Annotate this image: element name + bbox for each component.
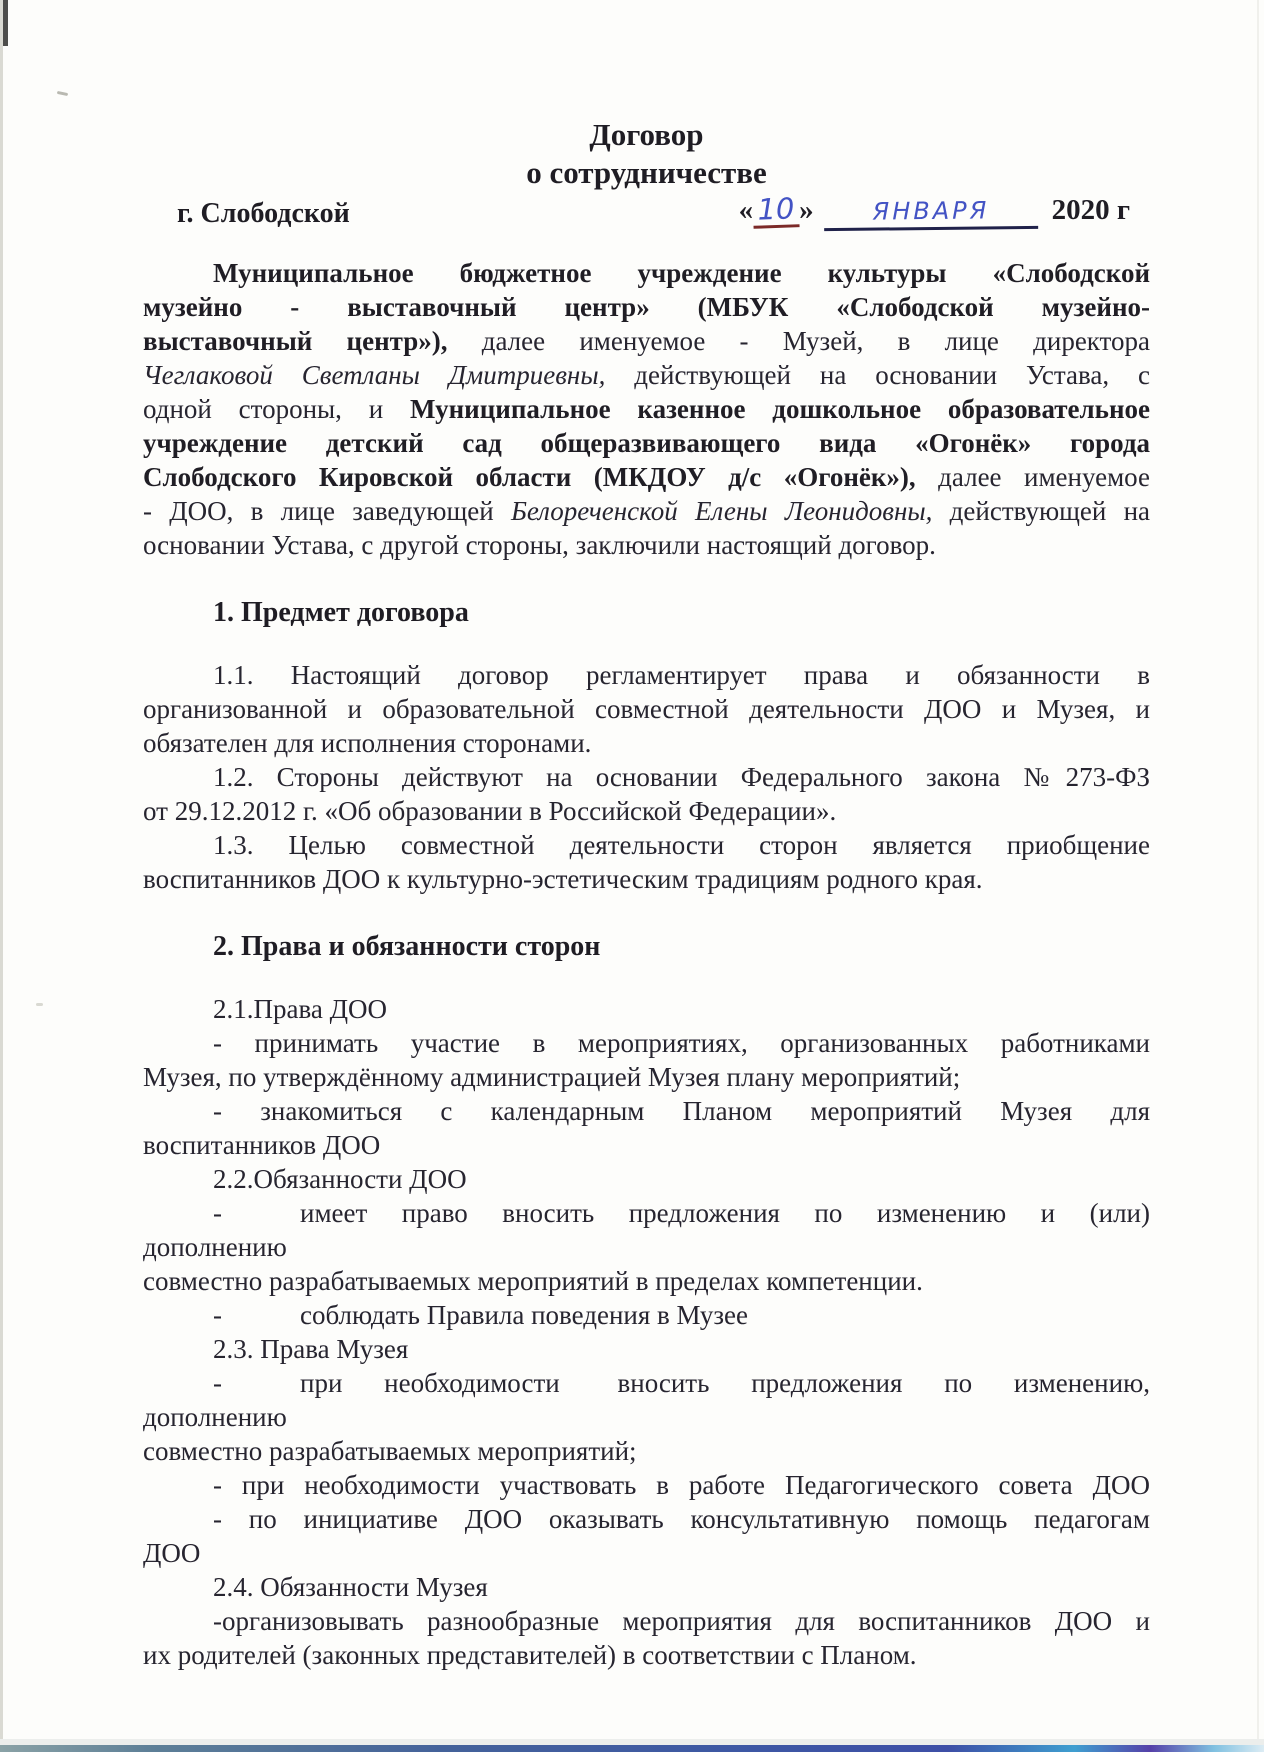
text-run: дополнению: [143, 1232, 287, 1262]
paragraph-line: 2.2.Обязанности ДОО: [143, 1162, 1150, 1196]
text-run: 1.2. Стороны действуют на основании Феде…: [213, 762, 1150, 792]
paragraph-line: обязателен для исполнения сторонами.: [143, 726, 1150, 760]
city-label: г. Слободской: [177, 198, 350, 229]
text-run: далее именуемое: [916, 462, 1150, 492]
paragraph-line: 1.3. Целью совместной деятельности сторо…: [143, 828, 1150, 862]
text-run: - знакомиться с календарным Планом мероп…: [213, 1096, 1150, 1126]
paragraph: - знакомиться с календарным Планом мероп…: [143, 1094, 1150, 1162]
close-quote: »: [799, 194, 814, 226]
text-run: -: [213, 1368, 222, 1398]
paragraph: -имеет право вносить предложения по изме…: [143, 1196, 1150, 1298]
paragraph-line: совместно разрабатываемых мероприятий в …: [143, 1264, 1150, 1298]
text-run: - по инициативе ДОО оказывать консультат…: [213, 1504, 1150, 1534]
scan-speck: [57, 91, 68, 96]
paragraph-line: -соблюдать Правила поведения в Музее: [143, 1298, 1150, 1332]
text-run: 2.4. Обязанности Музея: [213, 1572, 488, 1602]
text-run: Муниципальное казенное дошкольное образо…: [410, 394, 1150, 424]
text-run: учреждение детский сад общеразвивающего …: [143, 428, 1150, 458]
paragraph-line: 2.4. Обязанности Музея: [143, 1570, 1150, 1604]
text-run: основании Устава, с другой стороны, закл…: [143, 530, 936, 560]
scan-footer-strip: [0, 1745, 1264, 1752]
paragraph: 2.2.Обязанности ДОО: [143, 1162, 1150, 1196]
text-run: - при необходимости участвовать в работе…: [213, 1470, 1150, 1500]
scanned-contract-page: Договор о сотрудничестве г. Слободской «…: [0, 0, 1264, 1752]
paragraph-line: Муниципальное бюджетное учреждение культ…: [143, 256, 1150, 290]
paragraph-line: дополнению: [143, 1230, 1150, 1264]
text-run: от 29.12.2012 г. «Об образовании в Росси…: [143, 796, 836, 826]
text-run: выставочный центр»),: [143, 326, 448, 356]
text-run: действующей на основании Устава, с: [605, 360, 1150, 390]
text-run: - принимать участие в мероприятиях, орга…: [213, 1028, 1150, 1058]
text-run: организованной и образовательной совмест…: [143, 694, 1150, 724]
paragraph-line: совместно разрабатываемых мероприятий;: [143, 1434, 1150, 1468]
paragraph-line: -имеет право вносить предложения по изме…: [143, 1196, 1150, 1230]
paragraph-line: Чеглаковой Светланы Дмитриевны, действую…: [143, 358, 1150, 392]
paragraph-line: от 29.12.2012 г. «Об образовании в Росси…: [143, 794, 1150, 828]
paragraph: - по инициативе ДОО оказывать консультат…: [143, 1502, 1150, 1570]
paragraph-line: - при необходимости участвовать в работе…: [143, 1468, 1150, 1502]
paragraph-line: одной стороны, и Муниципальное казенное …: [143, 392, 1150, 426]
paragraph-line: ДОО: [143, 1536, 1150, 1570]
text-run: одной стороны, и: [143, 394, 410, 424]
paragraph-line: организованной и образовательной совмест…: [143, 692, 1150, 726]
paragraph-line: музейно - выставочный центр» (МБУК «Слоб…: [143, 290, 1150, 324]
text-run: Белореченской Елены Леонидовны,: [511, 496, 933, 526]
paragraph-line: 2.1.Права ДОО: [143, 992, 1150, 1026]
text-run: -организовывать разнообразные мероприяти…: [213, 1606, 1150, 1636]
paragraph-line: Слободского Кировской области (МКДОУ д/с…: [143, 460, 1150, 494]
document-content: Договор о сотрудничестве г. Слободской «…: [143, 116, 1150, 1672]
paragraph: - при необходимости участвовать в работе…: [143, 1468, 1150, 1502]
date-line: «10»ЯНВАРЯ2020 г: [739, 192, 1130, 233]
paragraph-line: - принимать участие в мероприятиях, орга…: [143, 1026, 1150, 1060]
paragraph-line: выставочный центр»), далее именуемое - М…: [143, 324, 1150, 358]
paragraph-line: 2.3. Права Музея: [143, 1332, 1150, 1366]
text-run: 2.3. Права Музея: [213, 1334, 408, 1364]
paragraph: -соблюдать Правила поведения в Музее: [143, 1298, 1150, 1332]
scan-corner-artifact: [3, 0, 8, 46]
text-run: 2.1.Права ДОО: [213, 994, 387, 1024]
text-run: - ДОО, в лице заведующей: [143, 496, 511, 526]
text-run: музейно - выставочный центр» (МБУК «Слоб…: [143, 292, 1150, 322]
paragraph-line: -организовывать разнообразные мероприяти…: [143, 1604, 1150, 1638]
paragraph-line: воспитанников ДОО: [143, 1128, 1150, 1162]
paragraph: - принимать участие в мероприятиях, орга…: [143, 1026, 1150, 1094]
date-year: 2020 г: [1052, 194, 1130, 226]
paragraph-line: - ДОО, в лице заведующей Белореченской Е…: [143, 494, 1150, 528]
text-run: соблюдать Правила поведения в Музее: [300, 1300, 748, 1330]
paragraph: 2.4. Обязанности Музея: [143, 1570, 1150, 1604]
text-run: действующей на: [932, 496, 1150, 526]
scan-left-edge: [0, 0, 3, 1752]
text-run: Чеглаковой Светланы Дмитриевны,: [143, 360, 605, 390]
paragraph-line: воспитанников ДОО к культурно-эстетическ…: [143, 862, 1150, 896]
open-quote: «: [739, 194, 754, 226]
text-run: их родителей (законных представителей) в…: [143, 1640, 917, 1670]
text-run: 1.3. Целью совместной деятельности сторо…: [213, 830, 1150, 860]
section-heading: 1. Предмет договора: [143, 596, 1150, 630]
paragraph: 1.2. Стороны действуют на основании Феде…: [143, 760, 1150, 828]
text-run: имеет право вносить предложения по измен…: [300, 1198, 1150, 1228]
paragraph-line: учреждение детский сад общеразвивающего …: [143, 426, 1150, 460]
text-run: Слободского Кировской области (МКДОУ д/с…: [143, 462, 916, 492]
section-heading: 2. Права и обязанности сторон: [143, 930, 1150, 964]
text-run: совместно разрабатываемых мероприятий;: [143, 1436, 637, 1466]
text-run: совместно разрабатываемых мероприятий в …: [143, 1266, 923, 1296]
text-run: ДОО: [143, 1538, 200, 1568]
paragraph: 2.3. Права Музея: [143, 1332, 1150, 1366]
paragraph: -организовывать разнообразные мероприяти…: [143, 1604, 1150, 1672]
city-date-row: г. Слободской «10»ЯНВАРЯ2020 г: [143, 196, 1150, 232]
handwritten-month: ЯНВАРЯ: [823, 195, 1037, 231]
paragraph: -при необходимости вносить предложения п…: [143, 1366, 1150, 1468]
paragraph-line: - знакомиться с календарным Планом мероп…: [143, 1094, 1150, 1128]
paragraph: 1.1. Настоящий договор регламентирует пр…: [143, 658, 1150, 760]
paragraph-line: Музея, по утверждённому администрацией М…: [143, 1060, 1150, 1094]
text-run: 2.2.Обязанности ДОО: [213, 1164, 467, 1194]
text-run: вносить предложения по изменению,: [576, 1368, 1150, 1398]
paragraph-line: - по инициативе ДОО оказывать консультат…: [143, 1502, 1150, 1536]
document-title: Договор: [143, 116, 1150, 154]
text-run: 1.1. Настоящий договор регламентирует пр…: [213, 660, 1150, 690]
paragraph-line: основании Устава, с другой стороны, закл…: [143, 528, 1150, 562]
text-run: Музея, по утверждённому администрацией М…: [143, 1062, 960, 1092]
scan-speck: [36, 1003, 43, 1006]
text-run: воспитанников ДОО: [143, 1130, 380, 1160]
contract-body: Муниципальное бюджетное учреждение культ…: [143, 256, 1150, 1672]
handwritten-day: 10: [752, 193, 799, 229]
text-run: далее именуемое - Музей, в лице директор…: [448, 326, 1150, 356]
text-run: Муниципальное бюджетное учреждение культ…: [213, 258, 1150, 288]
paragraph-line: 1.2. Стороны действуют на основании Феде…: [143, 760, 1150, 794]
paragraph-line: их родителей (законных представителей) в…: [143, 1638, 1150, 1672]
paragraph: 1.3. Целью совместной деятельности сторо…: [143, 828, 1150, 896]
paragraph: 2.1.Права ДОО: [143, 992, 1150, 1026]
scan-right-edge: [1257, 0, 1259, 1752]
document-subtitle: о сотрудничестве: [143, 154, 1150, 192]
paragraph-line: -при необходимости вносить предложения п…: [143, 1366, 1150, 1400]
paragraph: Муниципальное бюджетное учреждение культ…: [143, 256, 1150, 562]
text-run: обязателен для исполнения сторонами.: [143, 728, 591, 758]
text-run: воспитанников ДОО к культурно-эстетическ…: [143, 864, 983, 894]
text-run: -: [213, 1198, 222, 1228]
text-run: дополнению: [143, 1402, 287, 1432]
paragraph-line: 1.1. Настоящий договор регламентирует пр…: [143, 658, 1150, 692]
text-run: при необходимости: [300, 1368, 560, 1398]
text-run: -: [213, 1300, 222, 1330]
paragraph-line: дополнению: [143, 1400, 1150, 1434]
